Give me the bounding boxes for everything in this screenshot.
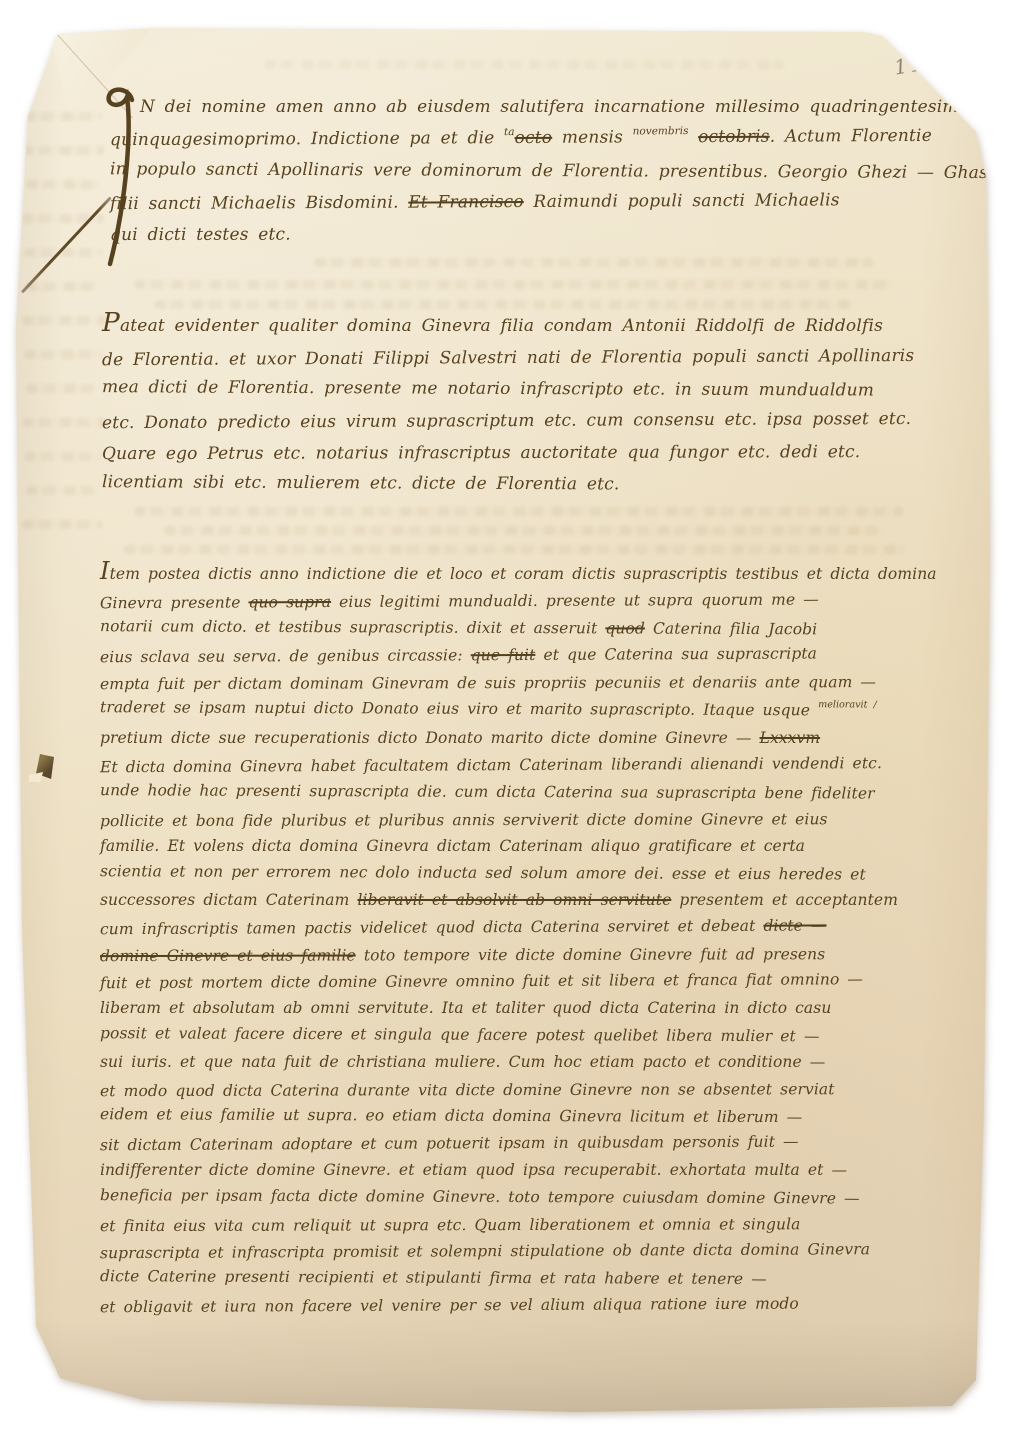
manuscript-line: in populo sancti Apollinaris vere domino… — [110, 154, 936, 189]
manuscript-line: possit et valeat facere dicere et singul… — [100, 1020, 946, 1051]
manuscript-line: notarii cum dicto. et testibus suprascri… — [100, 613, 946, 644]
manuscript-text: pretium dicte sue recuperationis dicto D… — [100, 729, 760, 747]
manuscript-text: licentiam sibi etc. mulierem etc. dicte … — [102, 472, 620, 494]
manuscript-line: indifferenter dicte domine Ginevre. et e… — [100, 1157, 946, 1184]
manuscript-text: . Actum Florentie — [770, 126, 932, 147]
bleedthrough-text — [24, 452, 102, 461]
manuscript-line: dicte Caterine presenti recipienti et st… — [100, 1263, 946, 1294]
manuscript-text: notarii cum dicto. et testibus suprascri… — [100, 617, 605, 637]
manuscript-line: eidem et eius familie ut supra. eo etiam… — [100, 1101, 946, 1132]
manuscript-text — [688, 127, 698, 147]
manuscript-text: scientia et non per errorem nec dolo ind… — [100, 862, 866, 883]
manuscript-text: sit dictam Caterinam adoptare et cum pot… — [100, 1133, 799, 1155]
manuscript-line: Pateat evidenter qualiter domina Ginevra… — [102, 308, 940, 343]
manuscript-text: presentem et acceptantem — [671, 891, 898, 909]
struck-out-text: Lxxxvm — [760, 729, 821, 747]
manuscript-line: suprascripta et infrascripta promisit et… — [100, 1236, 946, 1267]
manuscript-text: eidem et eius familie ut supra. eo etiam… — [100, 1105, 802, 1126]
manuscript-text: et obligavit et iura non facere vel veni… — [100, 1295, 799, 1317]
manuscript-line: quinquagesimoprimo. Indictione pa et die… — [110, 121, 936, 158]
manuscript-line: filii sancti Michaelis Bisdomini. Et Fra… — [110, 185, 936, 220]
paragraph-manumission-act: Item postea dictis anno indictione die e… — [100, 558, 946, 1319]
manuscript-text: qui dicti testes etc. — [110, 225, 291, 245]
struck-out-text: octobris — [698, 127, 770, 147]
manuscript-line: cum infrascriptis tamen pactis videlicet… — [100, 912, 946, 943]
manuscript-line: eius sclava seu serva. de genibus circas… — [100, 640, 946, 671]
bleedthrough-text — [26, 384, 98, 393]
bleedthrough-text — [124, 545, 904, 554]
manuscript-text: Ginevra presente — [100, 593, 249, 612]
photographed-manuscript-scene: 116 N dei nomine amen anno ab eiusdem sa… — [0, 0, 1024, 1434]
manuscript-text: Caterina filia Jacobi — [645, 620, 817, 639]
interlinear-insertion: melioravit / — [818, 700, 877, 711]
manuscript-line: et obligavit et iura non facere vel veni… — [100, 1290, 946, 1321]
manuscript-text: Raimundi populi sancti Michaelis — [524, 190, 840, 212]
manuscript-line: mea dicti de Florentia. presente me nota… — [102, 372, 940, 407]
manuscript-text: mensis — [552, 127, 633, 147]
manuscript-line: sit dictam Caterinam adoptare et cum pot… — [100, 1128, 946, 1159]
interlinear-insertion: novembris — [633, 125, 689, 137]
manuscript-line: Item postea dictis anno indictione die e… — [100, 558, 946, 588]
bleedthrough-text — [22, 520, 102, 529]
manuscript-text: in populo sancti Apollinaris vere domino… — [110, 159, 1024, 183]
struck-out-text: domine Ginevre et eius familie — [100, 946, 356, 965]
manuscript-text: toto tempore vite dicte domine Ginevre f… — [356, 945, 826, 964]
manuscript-text: etc. Donato predicto eius virum suprascr… — [102, 408, 911, 432]
manuscript-text: successores dictam Caterinam — [100, 891, 357, 909]
manuscript-line: liberam et absolutam ab omni servitute. … — [100, 995, 946, 1022]
manuscript-line: fuit et post mortem dicte domine Ginevre… — [100, 966, 946, 997]
manuscript-text: cum infrascriptis tamen pactis videlicet… — [100, 917, 764, 938]
manuscript-text: eius legitimi mundualdi. presente ut sup… — [331, 590, 819, 611]
manuscript-page: 116 N dei nomine amen anno ab eiusdem sa… — [14, 28, 990, 1412]
manuscript-text: indifferenter dicte domine Ginevre. et e… — [100, 1161, 847, 1179]
manuscript-text: et finita eius vita cum reliquit ut supr… — [100, 1215, 801, 1235]
bleedthrough-text — [22, 418, 106, 427]
bleedthrough-text — [26, 180, 100, 189]
manuscript-text: pollicite et bona fide pluribus et pluri… — [100, 810, 828, 830]
manuscript-line: pollicite et bona fide pluribus et pluri… — [100, 806, 946, 835]
paragraph-initial: P — [102, 308, 120, 338]
manuscript-text: quinquagesimoprimo. Indictione pa et die — [110, 128, 504, 150]
manuscript-text: ateat evidenter qualiter domina Ginevra … — [120, 316, 883, 336]
left-edge-shading — [14, 28, 64, 1412]
manuscript-line: scientia et non per errorem nec dolo ind… — [100, 858, 946, 889]
manuscript-text: unde hodie hac presenti suprascripta die… — [100, 781, 875, 802]
manuscript-line: qui dicti testes etc. — [110, 218, 936, 251]
bottom-edge-shading — [14, 1317, 990, 1412]
bleedthrough-text — [264, 60, 784, 69]
manuscript-text: sui iuris. et que nata fuit de christian… — [100, 1053, 825, 1071]
bleedthrough-text — [22, 146, 104, 155]
manuscript-text: traderet se ipsam nuptui dicto Donato ei… — [100, 698, 818, 719]
manuscript-line: successores dictam Caterinam liberavit e… — [100, 887, 946, 914]
manuscript-text: possit et valeat facere dicere et singul… — [100, 1024, 820, 1045]
struck-out-text: liberavit et absolvit ab omni servitute — [357, 891, 671, 909]
manuscript-text: et que Caterina sua suprascripta — [535, 644, 817, 663]
manuscript-line: pretium dicte sue recuperationis dicto D… — [100, 725, 946, 752]
manuscript-line: N dei nomine amen anno ab eiusdem saluti… — [110, 92, 936, 123]
manuscript-text: liberam et absolutam ab omni servitute. … — [100, 999, 831, 1017]
paragraph-mundualdus-clause: Pateat evidenter qualiter domina Ginevra… — [102, 308, 940, 500]
manuscript-text: N dei nomine amen anno ab eiusdem saluti… — [140, 97, 969, 117]
manuscript-text: de Florentia. et uxor Donati Filippi Sal… — [102, 345, 914, 369]
manuscript-text: familie. Et volens dicta domina Ginevra … — [100, 837, 805, 855]
manuscript-line: Quare ego Petrus etc. notarius infrascri… — [102, 437, 940, 471]
bleedthrough-text — [164, 526, 884, 535]
struck-out-text: quo supra — [248, 593, 331, 611]
manuscript-line: traderet se ipsam nuptui dicto Donato ei… — [100, 694, 946, 727]
interlinear-insertion: ta — [504, 126, 515, 138]
manuscript-text: et modo quod dicta Caterina durante vita… — [100, 1080, 835, 1100]
bleedthrough-text — [24, 112, 102, 121]
manuscript-line: Ginevra presente quo supra eius legitimi… — [100, 586, 946, 617]
struck-out-text: octo — [515, 128, 553, 148]
struck-out-text: quod — [605, 619, 645, 637]
paragraph-initial: I — [100, 557, 110, 585]
manuscript-line: de Florentia. et uxor Donati Filippi Sal… — [102, 340, 940, 376]
manuscript-line: etc. Donato predicto eius virum suprascr… — [102, 403, 940, 439]
manuscript-text: empta fuit per dictam dominam Ginevram d… — [100, 673, 876, 693]
manuscript-text: Et dicta domina Ginevra habet facultatem… — [100, 754, 882, 776]
bleedthrough-text — [134, 507, 904, 516]
manuscript-line: Et dicta domina Ginevra habet facultatem… — [100, 750, 946, 781]
manuscript-text: suprascripta et infrascripta promisit et… — [100, 1240, 870, 1262]
manuscript-page-wrap: 116 N dei nomine amen anno ab eiusdem sa… — [14, 28, 990, 1412]
manuscript-text: filii sancti Michaelis Bisdomini. — [110, 193, 408, 215]
page-number: 116 — [892, 48, 942, 79]
manuscript-text: Quare ego Petrus etc. notarius infrascri… — [102, 442, 860, 464]
bleedthrough-text — [24, 350, 102, 359]
bleedthrough-text — [314, 258, 874, 267]
manuscript-line: licentiam sibi etc. mulierem etc. dicte … — [102, 467, 940, 502]
manuscript-line: beneficia per ipsam facta dicte domine G… — [100, 1182, 946, 1213]
manuscript-line: familie. Et volens dicta domina Ginevra … — [100, 833, 946, 860]
manuscript-text: mea dicti de Florentia. presente me nota… — [102, 377, 874, 400]
manuscript-text: fuit et post mortem dicte domine Ginevre… — [100, 970, 863, 992]
manuscript-text: dicte Caterine presenti recipienti et st… — [100, 1267, 767, 1288]
bleedthrough-text — [134, 280, 894, 289]
manuscript-text: eius sclava seu serva. de genibus circas… — [100, 646, 471, 666]
manuscript-text: tem postea dictis anno indictione die et… — [110, 565, 937, 583]
manuscript-text: beneficia per ipsam facta dicte domine G… — [100, 1186, 860, 1207]
bleedthrough-text — [26, 282, 98, 291]
struck-out-text: que fuit — [471, 646, 536, 664]
bleedthrough-text — [22, 316, 106, 325]
paragraph-opening-protocol: N dei nomine amen anno ab eiusdem saluti… — [110, 92, 936, 249]
manuscript-line: sui iuris. et que nata fuit de christian… — [100, 1049, 946, 1076]
struck-out-text: Et Francisco — [408, 192, 524, 213]
bleedthrough-text — [26, 486, 98, 495]
manuscript-line: unde hodie hac presenti suprascripta die… — [100, 777, 946, 808]
struck-out-text: dicte — — [763, 916, 826, 934]
